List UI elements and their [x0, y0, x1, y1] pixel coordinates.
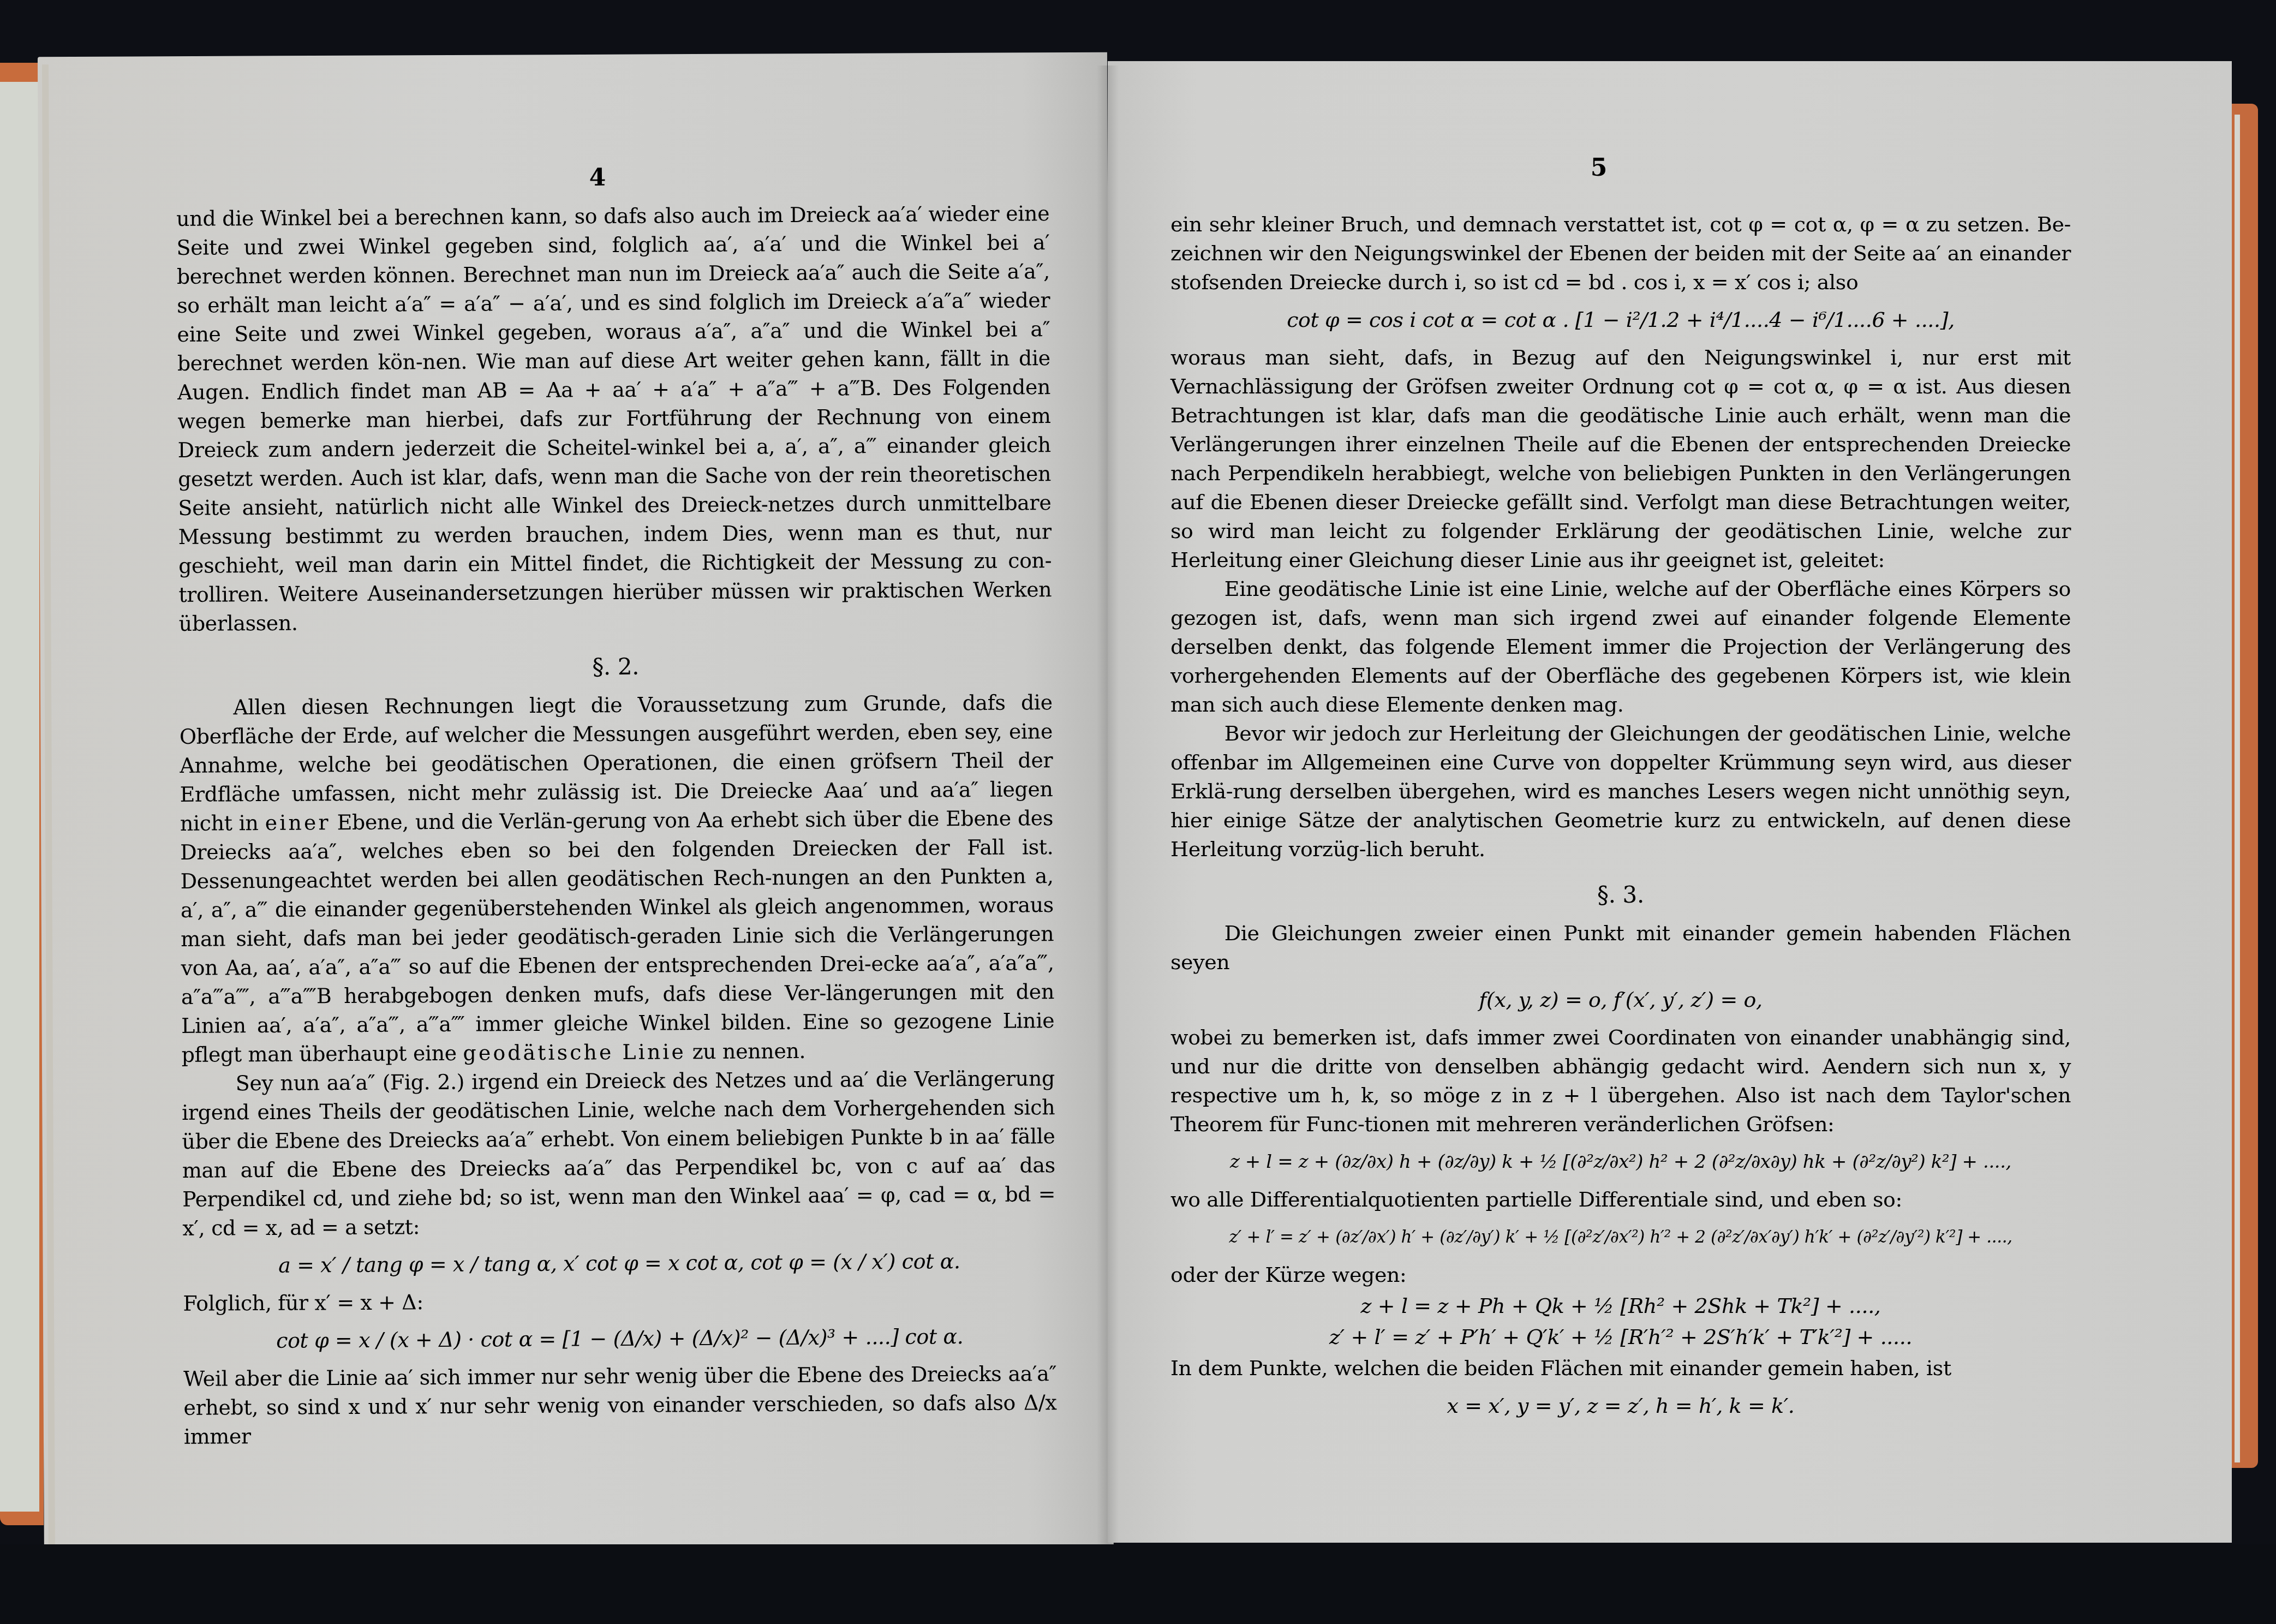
paragraph: woraus man sieht, dafs, in Bezug auf den…	[1170, 343, 2071, 575]
paragraph: Bevor wir jedoch zur Herleitung der Glei…	[1170, 719, 2071, 864]
formula: z + l = z + (∂z/∂x) h + (∂z/∂y) k + ½ [(…	[1170, 1148, 2071, 1177]
formula: z + l = z + Ph + Qk + ½ [Rh² + 2Shk + Tk…	[1170, 1292, 2071, 1321]
left-page-text: und die Winkel bei a berechnen kann, so …	[176, 199, 1057, 1452]
section-heading: §. 3.	[1170, 880, 2071, 909]
formula: f(x, y, z) = o, f′(x′, y′, z′) = o,	[1170, 986, 2071, 1014]
paragraph: oder der Kürze wegen:	[1170, 1261, 2071, 1289]
paragraph: ein sehr kleiner Bruch, und demnach vers…	[1170, 210, 2071, 297]
paragraph: In dem Punkte, welchen die beiden Fläche…	[1170, 1354, 2071, 1383]
emphasis-spaced: geodätische Linie	[463, 1040, 686, 1065]
formula: cot φ = x / (x + Δ) · cot α = [1 − (Δ/x)…	[183, 1322, 1056, 1356]
paragraph: Eine geodätische Linie ist eine Linie, w…	[1170, 575, 2071, 719]
endpaper-right	[2235, 115, 2240, 1462]
paragraph: Allen diesen Rechnungen liegt die Voraus…	[180, 688, 1055, 1070]
paragraph: Sey nun aa′a″ (Fig. 2.) irgend ein Dreie…	[182, 1064, 1056, 1243]
book-gutter	[1097, 65, 1119, 1550]
emphasis-spaced: einer	[265, 810, 331, 835]
page-number-left: 4	[570, 164, 625, 192]
formula: z′ + l′ = z′ + (∂z′/∂x′) h′ + (∂z′/∂y′) …	[1170, 1223, 2071, 1252]
text-run: zu nennen.	[686, 1039, 805, 1064]
formula: a = x′ / tang φ = x / tang α, x′ cot φ =…	[183, 1246, 1056, 1281]
paragraph: Folglich, für x′ = x + Δ:	[183, 1284, 1056, 1318]
paragraph: Die Gleichungen zweier einen Punkt mit e…	[1170, 919, 2071, 977]
formula: z′ + l′ = z′ + P′h′ + Q′k′ + ½ [R′h′² + …	[1170, 1323, 2071, 1352]
paragraph: wobei zu bemerken ist, dafs immer zwei C…	[1170, 1023, 2071, 1139]
background-bottom	[0, 1544, 2276, 1624]
paragraph: wo alle Differentialquotienten partielle…	[1170, 1185, 2071, 1214]
formula: x = x′, y = y′, z = z′, h = h′, k = k′.	[1170, 1392, 2071, 1420]
section-heading: §. 2.	[179, 649, 1052, 684]
paragraph: und die Winkel bei a berechnen kann, so …	[176, 199, 1052, 638]
paragraph: Weil aber die Linie aa′ sich immer nur s…	[183, 1359, 1057, 1452]
right-page-text: ein sehr kleiner Bruch, und demnach vers…	[1170, 210, 2071, 1429]
formula: cot φ = cos i cot α = cot α . [1 − i²/1.…	[1170, 306, 2071, 335]
endpaper-left	[0, 82, 39, 1512]
text-run: Ebene, und die Verlän-gerung von Aa erhe…	[180, 806, 1054, 1067]
page-number-right: 5	[1572, 154, 1626, 182]
